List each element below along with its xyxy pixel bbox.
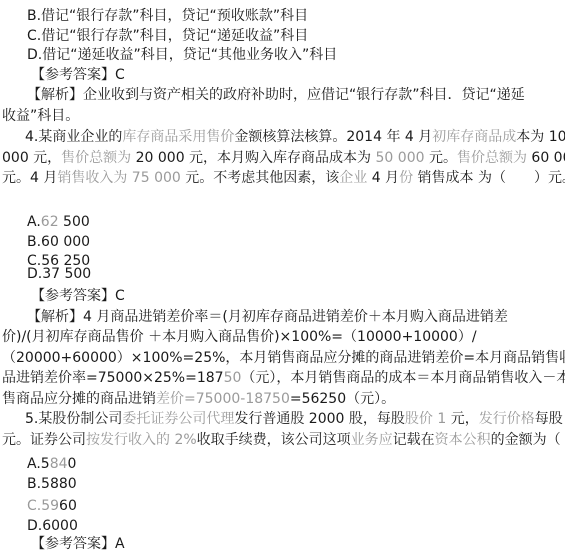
q4-stem-line3: 元。4 月销售收入为 75 000 元。不考虑其他因素，该企业 4 月份 销售成… xyxy=(2,169,565,187)
text-segment: 售价总额为 xyxy=(61,150,131,166)
text-segment: 业务应 xyxy=(351,432,393,448)
q3-option-c: C.借记“银行存款”科目，贷记“递延收益”科目 xyxy=(27,27,308,45)
text-segment: C.59 xyxy=(27,498,59,514)
text-segment: 84 xyxy=(50,456,68,472)
q5-answer: 【参考答案】A xyxy=(31,535,125,552)
text-segment: 委托证券公司代理 xyxy=(122,411,234,427)
text-segment: 每股 4 xyxy=(535,411,565,427)
q4-analysis-line2: 价)/(月初库存商品售价 ＋本月购入商品售价)×100%=（10000+1000… xyxy=(2,328,477,346)
text-segment: 元， xyxy=(446,411,478,427)
q5-stem-line1: 5.某股份制公司委托证券公司代理发行普通股 2000 股，每股股价 1 元，发行… xyxy=(25,410,565,428)
text-segment: 50 000 xyxy=(376,150,425,166)
text-segment: 库存商品采用售价 xyxy=(122,129,234,145)
text-segment: 差价=75000-18750 xyxy=(156,391,290,407)
text-segment: 元。 xyxy=(425,150,457,166)
q3-option-b: B.借记“银行存款”科目，贷记“预收账款”科目 xyxy=(27,7,308,25)
text-segment: 股价 1 xyxy=(405,411,446,427)
q4-analysis-line5: 售商品应分摊的商品进销差价=75000-18750=56250（元）。 xyxy=(2,390,395,408)
text-segment: 4.某商业企业的 xyxy=(25,129,122,145)
text-segment: 售价总额为 xyxy=(457,150,527,166)
text-segment: 份 xyxy=(399,170,413,186)
text-segment: 售商品应分摊的商品进销 xyxy=(2,391,156,407)
text-segment: 0 xyxy=(68,456,77,472)
text-segment: =56250（元）。 xyxy=(290,391,395,407)
text-segment: 收取手续费，该公司这项 xyxy=(197,432,351,448)
text-segment: 元。证券公司 xyxy=(2,432,86,448)
q5-stem-line2: 元。证券公司按发行收入的 2%收取手续费，该公司这项业务应记载在资本公积的金额为… xyxy=(2,431,565,449)
text-segment: 50 xyxy=(224,370,242,386)
text-segment: 销售收入为 75 000 xyxy=(57,170,180,186)
text-segment: 的金额为（ ） xyxy=(491,432,565,448)
text-segment: 按发行收入的 2% xyxy=(86,432,197,448)
text-segment: 本为 10 xyxy=(516,129,565,145)
text-segment: 60 xyxy=(59,498,77,514)
q5-option-c: C.5960 xyxy=(27,497,77,515)
text-segment: 20 000 元，本月购入库存商品成本为 xyxy=(131,150,375,166)
document-page: B.借记“银行存款”科目，贷记“预收账款”科目 C.借记“银行存款”科目，贷记“… xyxy=(0,0,565,552)
text-segment: 000 元， xyxy=(2,150,61,166)
q3-analysis-line1: 【解析】企业收到与资产相关的政府补助时，应借记“银行存款”科目．贷记“递延 xyxy=(27,86,525,104)
q5-option-d: D.6000 xyxy=(27,517,78,535)
text-segment: 5.某股份制公司 xyxy=(25,411,122,427)
q3-option-d: D.借记“递延收益”科目，贷记“其他业务收入”科目 xyxy=(27,46,337,64)
q4-answer: 【参考答案】C xyxy=(31,287,125,305)
text-segment: 企业 xyxy=(339,170,367,186)
text-segment: 62 xyxy=(41,214,59,230)
text-segment: A. xyxy=(27,214,41,230)
text-segment: A.5 xyxy=(27,456,50,472)
text-segment: 500 xyxy=(59,214,90,230)
text-segment: 记载在 xyxy=(393,432,435,448)
q5-option-b: B.5880 xyxy=(27,475,77,493)
q3-analysis-line2: 收益”科目。 xyxy=(2,107,79,125)
text-segment: 销售成本 为（ ）元。 xyxy=(413,170,565,186)
text-segment: 发行价格 xyxy=(479,411,535,427)
text-segment: 元。4 月 xyxy=(2,170,57,186)
q4-stem-line1: 4.某商业企业的库存商品采用售价金额核算法核算。2014 年 4 月初库存商品成… xyxy=(25,128,565,146)
text-segment: 资本公积 xyxy=(435,432,491,448)
q5-option-a: A.5840 xyxy=(27,455,76,473)
q4-analysis-line1: 【解析】4 月商品进销差价率＝(月初库存商品进销差价＋本月购入商品进销差 xyxy=(27,308,508,326)
text-segment: 元。不考虑其他因素，该 xyxy=(181,170,339,186)
q4-analysis-line4: 品进销差价率=75000×25%=18750（元），本月销售商品的成本＝本月商品… xyxy=(2,369,565,387)
q3-answer: 【参考答案】C xyxy=(31,66,125,84)
text-segment: 初库存商品成 xyxy=(432,129,516,145)
text-segment: 金额核算法核算。2014 年 4 月 xyxy=(234,129,432,145)
text-segment: 60 000 xyxy=(527,150,565,166)
text-segment: （元），本月销售商品的成本＝本月商品销售收入－本月销 xyxy=(241,370,565,386)
q4-analysis-line3: （20000+60000）×100%=25%，本月销售商品应分摊的商品进销差价=… xyxy=(2,349,565,367)
q4-option-b: B.60 000 xyxy=(27,233,90,251)
q4-option-d: D.37 500 xyxy=(27,265,91,283)
text-segment: 4 月 xyxy=(367,170,399,186)
text-segment: 发行普通股 2000 股，每股 xyxy=(234,411,405,427)
q4-option-a: A.62 500 xyxy=(27,213,90,231)
text-segment: 品进销差价率=75000×25%=187 xyxy=(2,370,224,386)
q4-stem-line2: 000 元，售价总额为 20 000 元，本月购入库存商品成本为 50 000 … xyxy=(2,149,565,167)
